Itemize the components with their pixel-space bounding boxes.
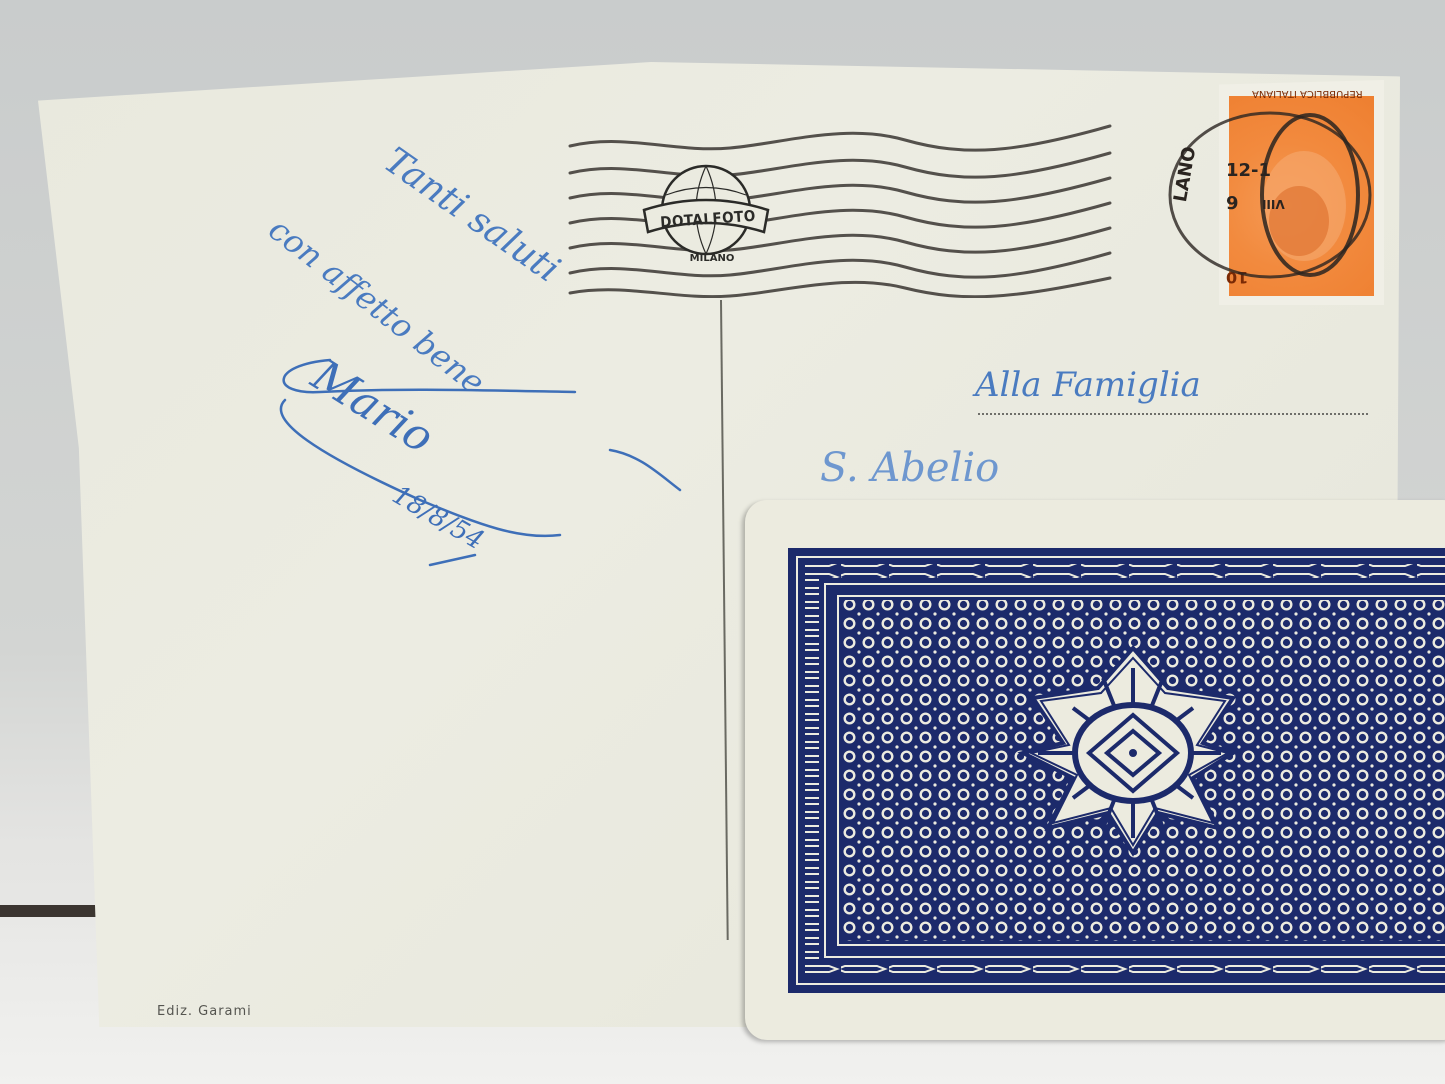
postmark-month: VIII (1262, 197, 1285, 211)
handwritten-address-line-2: S. Abelio (820, 445, 999, 491)
handwritten-address-line-1: Alla Famiglia (975, 365, 1201, 405)
card-back-pattern (745, 500, 1445, 1040)
postmark-day: 9 (1226, 193, 1239, 214)
publisher-imprint: Ediz. Garami (157, 1004, 252, 1019)
postmark-time: 12-1 (1226, 160, 1271, 181)
circular-postmark (1160, 105, 1400, 285)
shadow (0, 905, 100, 917)
cancel-city-text: MILANO (672, 253, 752, 264)
stamp-country-text: REPUBBLICA ITALIANA (1252, 88, 1363, 99)
address-dotted-line (978, 413, 1368, 415)
playing-card (745, 500, 1445, 1040)
